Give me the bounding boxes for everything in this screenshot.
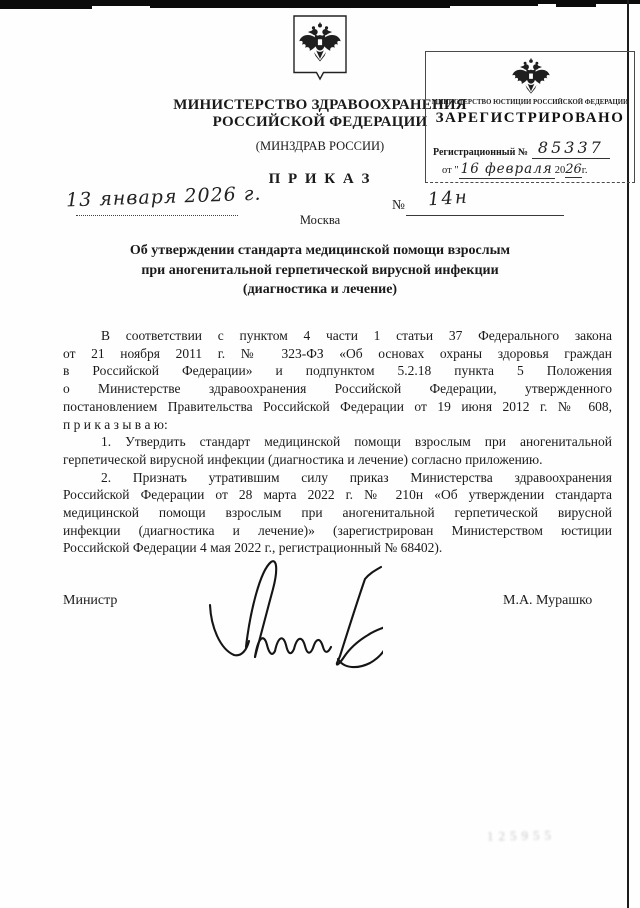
stamp-printed-year: 20: [555, 165, 566, 176]
justice-ministry-registration-stamp: МИНИСТЕРСТВО ЮСТИЦИИ РОССИЙСКОЙ ФЕДЕРАЦИ…: [425, 51, 635, 183]
body-line: В соответствии с пунктом 4 части 1 стать…: [63, 327, 612, 345]
order-body-text: В соответствии с пунктом 4 части 1 стать…: [63, 327, 612, 557]
order-title-line: при аногенитальной герпетической вирусно…: [40, 261, 600, 281]
body-line: от 21 ноября 2011 г. № 323-ФЗ «Об основа…: [63, 345, 612, 363]
body-line: 2. Признать утратившим силу приказ Минис…: [63, 469, 612, 487]
scan-artifact-top-band: [150, 5, 450, 8]
body-line: постановлением Правительства Российской …: [63, 398, 612, 416]
scanned-order-page: МИНИСТЕРСТВО ЗДРАВООХРАНЕНИЯ РОССИЙСКОЙ …: [0, 0, 640, 908]
stamp-handwritten-reg-number: 85337: [532, 138, 610, 159]
body-line: герпетической вирусной инфекции (диагнос…: [63, 451, 612, 469]
stamp-registered-label: ЗАРЕГИСТРИРОВАНО: [426, 110, 634, 127]
stamp-ministry-name: МИНИСТЕРСТВО ЮСТИЦИИ РОССИЙСКОЙ ФЕДЕРАЦИ…: [431, 98, 629, 106]
handwritten-order-number: 14н: [427, 187, 469, 211]
number-sign-label: №: [392, 197, 405, 213]
body-line: 1. Утвердить стандарт медицинской помощи…: [63, 433, 612, 451]
russia-coat-of-arms-icon: [293, 15, 347, 83]
number-underline: [406, 215, 564, 216]
minister-position-label: Министр: [63, 593, 117, 609]
order-title-line: Об утверждении стандарта медицинской пом…: [40, 241, 600, 261]
stamp-registration-number-row: Регистрационный № 85337: [433, 140, 629, 160]
body-line: медицинской помощи взрослым при аногенит…: [63, 504, 612, 522]
body-line: Российской Федерации от 28 марта 2022 г.…: [63, 486, 612, 504]
order-title-line: (диагностика и лечение): [40, 280, 600, 300]
stamp-reg-number-label: Регистрационный №: [433, 147, 528, 158]
stamp-date-prefix: от ": [442, 165, 459, 176]
stamp-handwritten-date: 16 февраля: [459, 161, 555, 179]
body-line: Российской Федерации 4 мая 2022 г., реги…: [63, 539, 612, 557]
body-line: инфекции (диагностика и лечение)» (зарег…: [63, 522, 612, 540]
scan-artifact-top-band: [556, 3, 596, 7]
stamp-registration-date-row: от "16 февраля2026г.: [442, 160, 632, 178]
russia-coat-of-arms-icon: [510, 58, 552, 94]
minister-signature-autograph: [198, 557, 383, 672]
scan-artifact-top-band: [0, 0, 92, 9]
body-line: о Министерстве здравоохранения Российско…: [63, 380, 612, 398]
stamp-handwritten-year: 26: [565, 162, 582, 178]
body-line: п р и к а з ы в а ю:: [63, 416, 612, 434]
scan-artifact-faint-digits: 125955: [487, 827, 556, 844]
order-title: Об утверждении стандарта медицинской пом…: [40, 241, 600, 300]
body-line: в Российской Федерации» и подпунктом 5.2…: [63, 362, 612, 380]
stamp-year-suffix: г.: [582, 165, 588, 176]
minister-name: М.А. Мурашко: [503, 593, 592, 609]
date-underline: [76, 215, 238, 216]
